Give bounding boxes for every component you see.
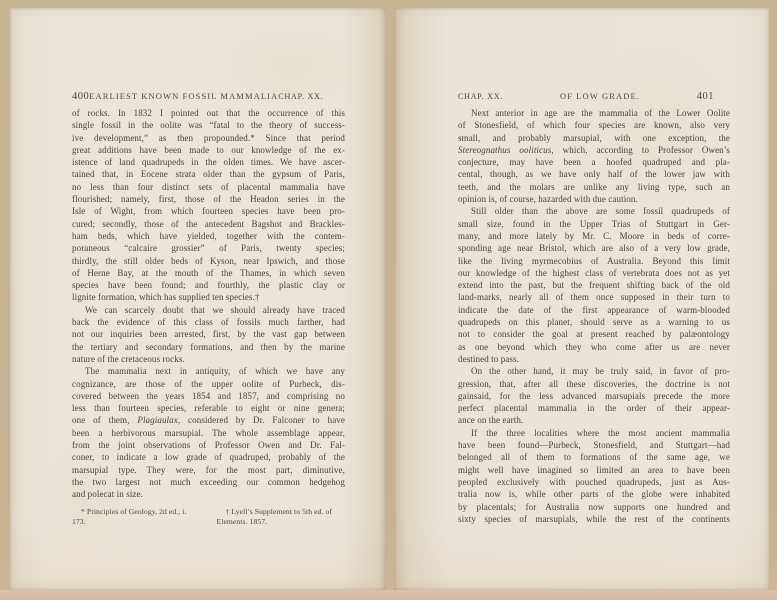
text-line: istence of land quadrupeds in the olden … — [72, 156, 345, 168]
text-line: many, and more lately by Mr. C. Moore in… — [458, 230, 730, 242]
text-line: been a herbivorous marsupial. The whole … — [72, 427, 345, 439]
text-line: gainsaid, for the less advanced marsupia… — [458, 390, 730, 402]
text-line: indicate the date of the first appearanc… — [458, 304, 730, 316]
text-line: lignite formation, which has supplied te… — [72, 291, 345, 303]
text-line: belonged all of them to formations of th… — [458, 451, 730, 463]
left-running-title: EARLIEST KNOWN FOSSIL MAMMALIA — [89, 91, 278, 101]
text-line: cental, though, as we have only half of … — [458, 168, 730, 180]
text-line: coner, to indicate a low grade of quadru… — [72, 451, 345, 463]
text-line: back the evidence of this class of fossi… — [72, 316, 345, 328]
text-line: species have been found; and fourthly, t… — [72, 279, 345, 291]
text-line: our knowledge of the highest class of ve… — [458, 267, 730, 279]
text-line: ham beds, which have yielded, together w… — [72, 230, 345, 242]
text-line: extend into the past, but the frequent s… — [458, 279, 730, 291]
right-page: CHAP. XX. OF LOW GRADE. 401 Next anterio… — [394, 8, 769, 590]
right-page-number: 401 — [697, 91, 714, 102]
text-line: have been found—Purbeck, Stonesfield, an… — [458, 439, 730, 451]
text-line: tralia now is, while other parts of the … — [458, 488, 730, 500]
text-line: peopled exclusively with pouched quadrup… — [458, 476, 730, 488]
scan-bottom-edge — [0, 590, 777, 600]
text-line: gression, that, after all these discover… — [458, 378, 730, 390]
text-line: nature of the cretaceous rocks. — [72, 353, 345, 365]
text-line: great additions have been made to our kn… — [72, 144, 345, 156]
text-line: of Herne Bay, at the mouth of the Thames… — [72, 267, 345, 279]
text-line: land-marks, nearly all of them once supp… — [458, 291, 730, 303]
text-line: opinion is, of course, hazarded with due… — [458, 193, 730, 205]
text-line: destined to pass. — [458, 353, 730, 365]
text-line: not our inquiries been arrested, first, … — [72, 328, 345, 340]
text-line: no less than four distinct sets of place… — [72, 181, 345, 193]
text-line: Next anterior in age are the mammalia of… — [458, 107, 730, 119]
book-scan-background: { "colors": { "surround": "#c6b293", "pa… — [0, 0, 777, 600]
text-line: of Stonesfield, of which four species ar… — [458, 119, 730, 131]
text-line: We can scarcely doubt that we should alr… — [72, 304, 345, 316]
text-line: one of them, Plagiaulax, considered by D… — [72, 414, 345, 426]
text-line: sponding age near Bristol, which are als… — [458, 242, 730, 254]
text-line: teeth, and the molars are unlike any liv… — [458, 181, 730, 193]
text-line: the two largest not much exceeding our c… — [72, 476, 345, 488]
text-line: thirdly, the still older beds of Kyson, … — [72, 255, 345, 267]
text-line: poraneous “calcaire grossier” of Paris, … — [72, 242, 345, 254]
text-line: single fossil in the oolite was “fatal t… — [72, 119, 345, 131]
footnote-column-1: * Principles of Geology, 2d ed., i.173. — [72, 507, 209, 529]
text-line: quadrupeds on this planet, should serve … — [458, 316, 730, 328]
text-line: Still older than the above are some foss… — [458, 205, 730, 217]
text-line: small, and probably marsupial, with one … — [458, 132, 730, 144]
text-line: not to consider the goal at present reac… — [458, 328, 730, 340]
text-line: perfect placental mammalia in the order … — [458, 402, 730, 414]
text-line: like the living myrmecobius of Australia… — [458, 255, 730, 267]
footnote-line: † Lyell’s Supplement to 5th ed. of — [217, 507, 346, 518]
left-running-head: 400 EARLIEST KNOWN FOSSIL MAMMALIA CHAP.… — [72, 91, 345, 102]
text-line: of rocks. In 1832 I pointed out that the… — [72, 107, 345, 119]
text-line: Stereognathus ooliticus, which, accordin… — [458, 144, 730, 156]
text-line: cognizance, are those of the upper oolit… — [72, 378, 345, 390]
text-line: flourished; namely, first, those of the … — [72, 193, 345, 205]
text-line: less than fourteen species, referable to… — [72, 402, 345, 414]
left-page-number: 400 — [72, 91, 89, 102]
right-chapter-label: CHAP. XX. — [458, 92, 503, 101]
text-line: conjecture, may have been a hoofed quadr… — [458, 156, 730, 168]
footnote-section: * Principles of Geology, 2d ed., i.173. … — [72, 507, 345, 529]
italic-species-name: Stereognathus ooliticus — [458, 145, 551, 155]
text-line: as one beyond which they who come after … — [458, 341, 730, 353]
right-page-body: Next anterior in age are the mammalia of… — [458, 107, 730, 525]
footnote-line: * Principles of Geology, 2d ed., i. — [72, 507, 209, 518]
left-page: 400 EARLIEST KNOWN FOSSIL MAMMALIA CHAP.… — [10, 8, 386, 590]
text-line: by placentals; for Australia now support… — [458, 501, 730, 513]
text-line: and polecat in size. — [72, 488, 345, 500]
text-line: On the other hand, it may be truly said,… — [458, 365, 730, 377]
text-line: tained that, in Eocene strata older than… — [72, 168, 345, 180]
footnote-line: 173. — [72, 517, 209, 528]
text-line: marsupial type. They were, for the most … — [72, 464, 345, 476]
text-line: If the three localities where the most a… — [458, 427, 730, 439]
text-line: Isle of Wight, from which fourteen speci… — [72, 205, 345, 217]
text-segment: , considered by Dr. Falconer to have — [178, 415, 345, 425]
text-line: from the joint observations of Professor… — [72, 439, 345, 451]
text-line: covered between the years 1854 and 1857,… — [72, 390, 345, 402]
text-line: might well have imagined so limited an a… — [458, 464, 730, 476]
text-line: The mammalia next in antiquity, of which… — [72, 365, 345, 377]
text-line: ance on the earth. — [458, 414, 730, 426]
left-chapter-label: CHAP. XX. — [278, 92, 323, 101]
italic-species-name: Plagiaulax — [137, 415, 178, 425]
text-segment: , which, according to Professor Owen’s — [551, 145, 730, 155]
footnote-line: Elements. 1857. — [217, 517, 346, 528]
text-line: ive development,” as then propounded.* S… — [72, 132, 345, 144]
text-line: small size, found in the Upper Trias of … — [458, 218, 730, 230]
footnote-column-2: † Lyell’s Supplement to 5th ed. ofElemen… — [209, 507, 346, 529]
right-running-head: CHAP. XX. OF LOW GRADE. 401 — [458, 91, 730, 102]
right-running-title: OF LOW GRADE. — [503, 91, 697, 101]
text-line: the tertiary and secondary formations, a… — [72, 341, 345, 353]
text-line: cured; secondly, those of the antecedent… — [72, 218, 345, 230]
text-line: sixty species of marsupials, while the r… — [458, 513, 730, 525]
left-page-body: of rocks. In 1832 I pointed out that the… — [72, 107, 345, 501]
text-segment: one of them, — [72, 415, 137, 425]
